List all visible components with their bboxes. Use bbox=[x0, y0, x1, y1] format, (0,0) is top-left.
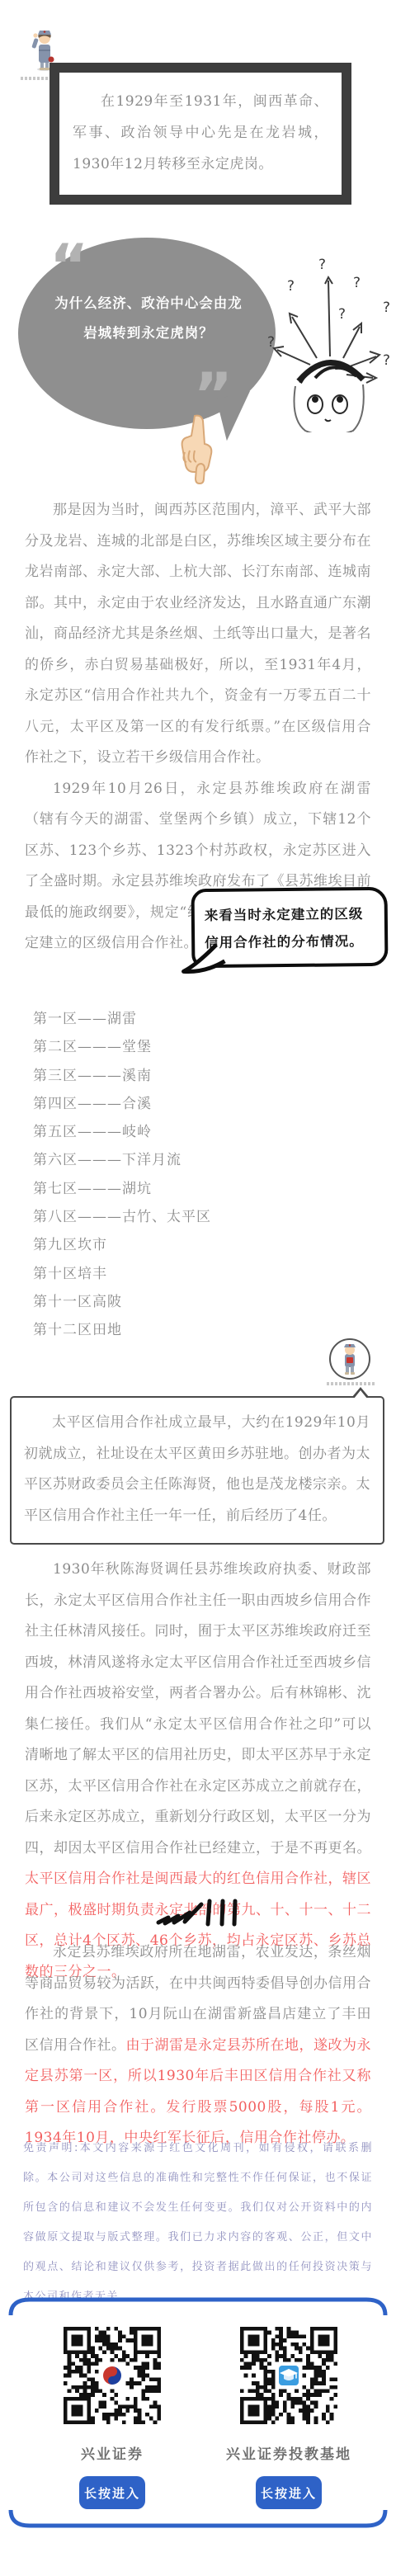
svg-text:?: ? bbox=[338, 306, 346, 323]
list-item: 第三区———溪南 bbox=[33, 1062, 211, 1090]
callout-bubble: 来看当时永定建立的区级信用合作社的分布情况。 bbox=[191, 887, 389, 968]
list-item: 第十一区高陂 bbox=[33, 1288, 211, 1316]
hulei-paragraph: 永定县苏维埃政府所在地湖雷，农业发达，条丝烟等商品贸易较为活跃，在中共闽西特委倡… bbox=[25, 1937, 371, 2154]
history-gray-text: 1930年秋陈海贤调任县苏维埃政府执委、财政部长，永定太平区信用合作社主任一职由… bbox=[25, 1561, 371, 1857]
qr-panel: 兴业证券 长按进入 兴业证券投教基地 长按进入 bbox=[7, 2295, 389, 2530]
mascot-caption bbox=[327, 1382, 375, 1385]
hand-pointing-down-icon bbox=[177, 414, 219, 488]
paragraph-why: 那是因为当时，闽西苏区范围内，漳平、武平大部分及龙岩、连城的北部是白区，苏维埃区… bbox=[25, 495, 371, 774]
qr-code-investor-education[interactable] bbox=[240, 2327, 337, 2424]
long-press-enter-button-left[interactable]: 长按进入 bbox=[79, 2476, 145, 2509]
district-list: 第一区——湖雷 第二区———堂堡 第三区———溪南 第四区———合溪 第五区——… bbox=[33, 1005, 211, 1345]
open-quote-icon: “ bbox=[49, 236, 88, 295]
qr-label-xingye: 兴业证券 bbox=[46, 2442, 178, 2463]
list-item: 第一区——湖雷 bbox=[33, 1005, 211, 1033]
intro-text: 在1929年至1931年，闽西革命、军事、政治领导中心先是在龙岩城，1930年1… bbox=[73, 86, 328, 180]
taiping-text: 太平区信用合作社成立最早，大约在1929年10月初就成立，社址设在太平区黄田乡苏… bbox=[24, 1408, 370, 1531]
list-item: 第八区———古竹、太平区 bbox=[33, 1203, 211, 1231]
list-item: 第十区培丰 bbox=[33, 1260, 211, 1288]
puzzled-head-icon: ??? ??? ? bbox=[267, 257, 393, 436]
question-text: 为什么经济、政治中心会由龙岩城转到永定虎岗？ bbox=[49, 289, 247, 348]
list-item: 第十二区田地 bbox=[33, 1316, 211, 1344]
list-item: 第二区———堂堡 bbox=[33, 1033, 211, 1061]
qr-column-toujiao: 兴业证券投教基地 长按进入 bbox=[223, 2327, 355, 2509]
doodle-divider-icon bbox=[155, 1894, 241, 1932]
list-item: 第九区坎市 bbox=[33, 1231, 211, 1259]
callout-bubble-tail bbox=[180, 943, 229, 979]
list-item: 第六区———下洋月流 bbox=[33, 1146, 211, 1174]
intro-quote-box: 在1929年至1931年，闽西革命、军事、政治领导中心先是在龙岩城，1930年1… bbox=[49, 63, 351, 205]
svg-text:?: ? bbox=[318, 257, 326, 273]
qr-label-toujiao: 兴业证券投教基地 bbox=[223, 2442, 355, 2463]
panel-border-bottom bbox=[7, 2510, 389, 2530]
question-bubble-tail bbox=[216, 391, 260, 441]
svg-text:?: ? bbox=[383, 300, 390, 316]
callout-text: 来看当时永定建立的区级信用合作社的分布情况。 bbox=[205, 900, 375, 956]
list-item: 第五区———岐岭 bbox=[33, 1118, 211, 1146]
taiping-info-box: 太平区信用合作社成立最早，大约在1929年10月初就成立，社址设在太平区黄田乡苏… bbox=[10, 1396, 384, 1545]
qr-column-xyzq: 兴业证券 长按进入 bbox=[46, 2327, 178, 2509]
qr-code-xingye-securities[interactable] bbox=[64, 2327, 161, 2424]
svg-text:?: ? bbox=[383, 352, 390, 369]
long-press-enter-button-right[interactable]: 长按进入 bbox=[256, 2476, 322, 2509]
graduation-cap-logo-icon bbox=[276, 2363, 301, 2388]
list-item: 第四区———合溪 bbox=[33, 1090, 211, 1118]
svg-text:?: ? bbox=[287, 278, 295, 295]
svg-text:?: ? bbox=[353, 275, 361, 291]
panel-border-top bbox=[7, 2295, 389, 2315]
list-item: 第七区———湖坑 bbox=[33, 1175, 211, 1203]
article-page: 在1929年至1931年，闽西革命、军事、政治领导中心先是在龙岩城，1930年1… bbox=[0, 0, 396, 2576]
xingye-swirl-logo-icon bbox=[100, 2363, 125, 2388]
red-army-soldier-icon bbox=[327, 1338, 373, 1385]
disclaimer-text: 免责声明:本文内容来源于红色文化周刊，如有侵权，请联系删除。本公司对这些信息的准… bbox=[23, 2134, 373, 2312]
